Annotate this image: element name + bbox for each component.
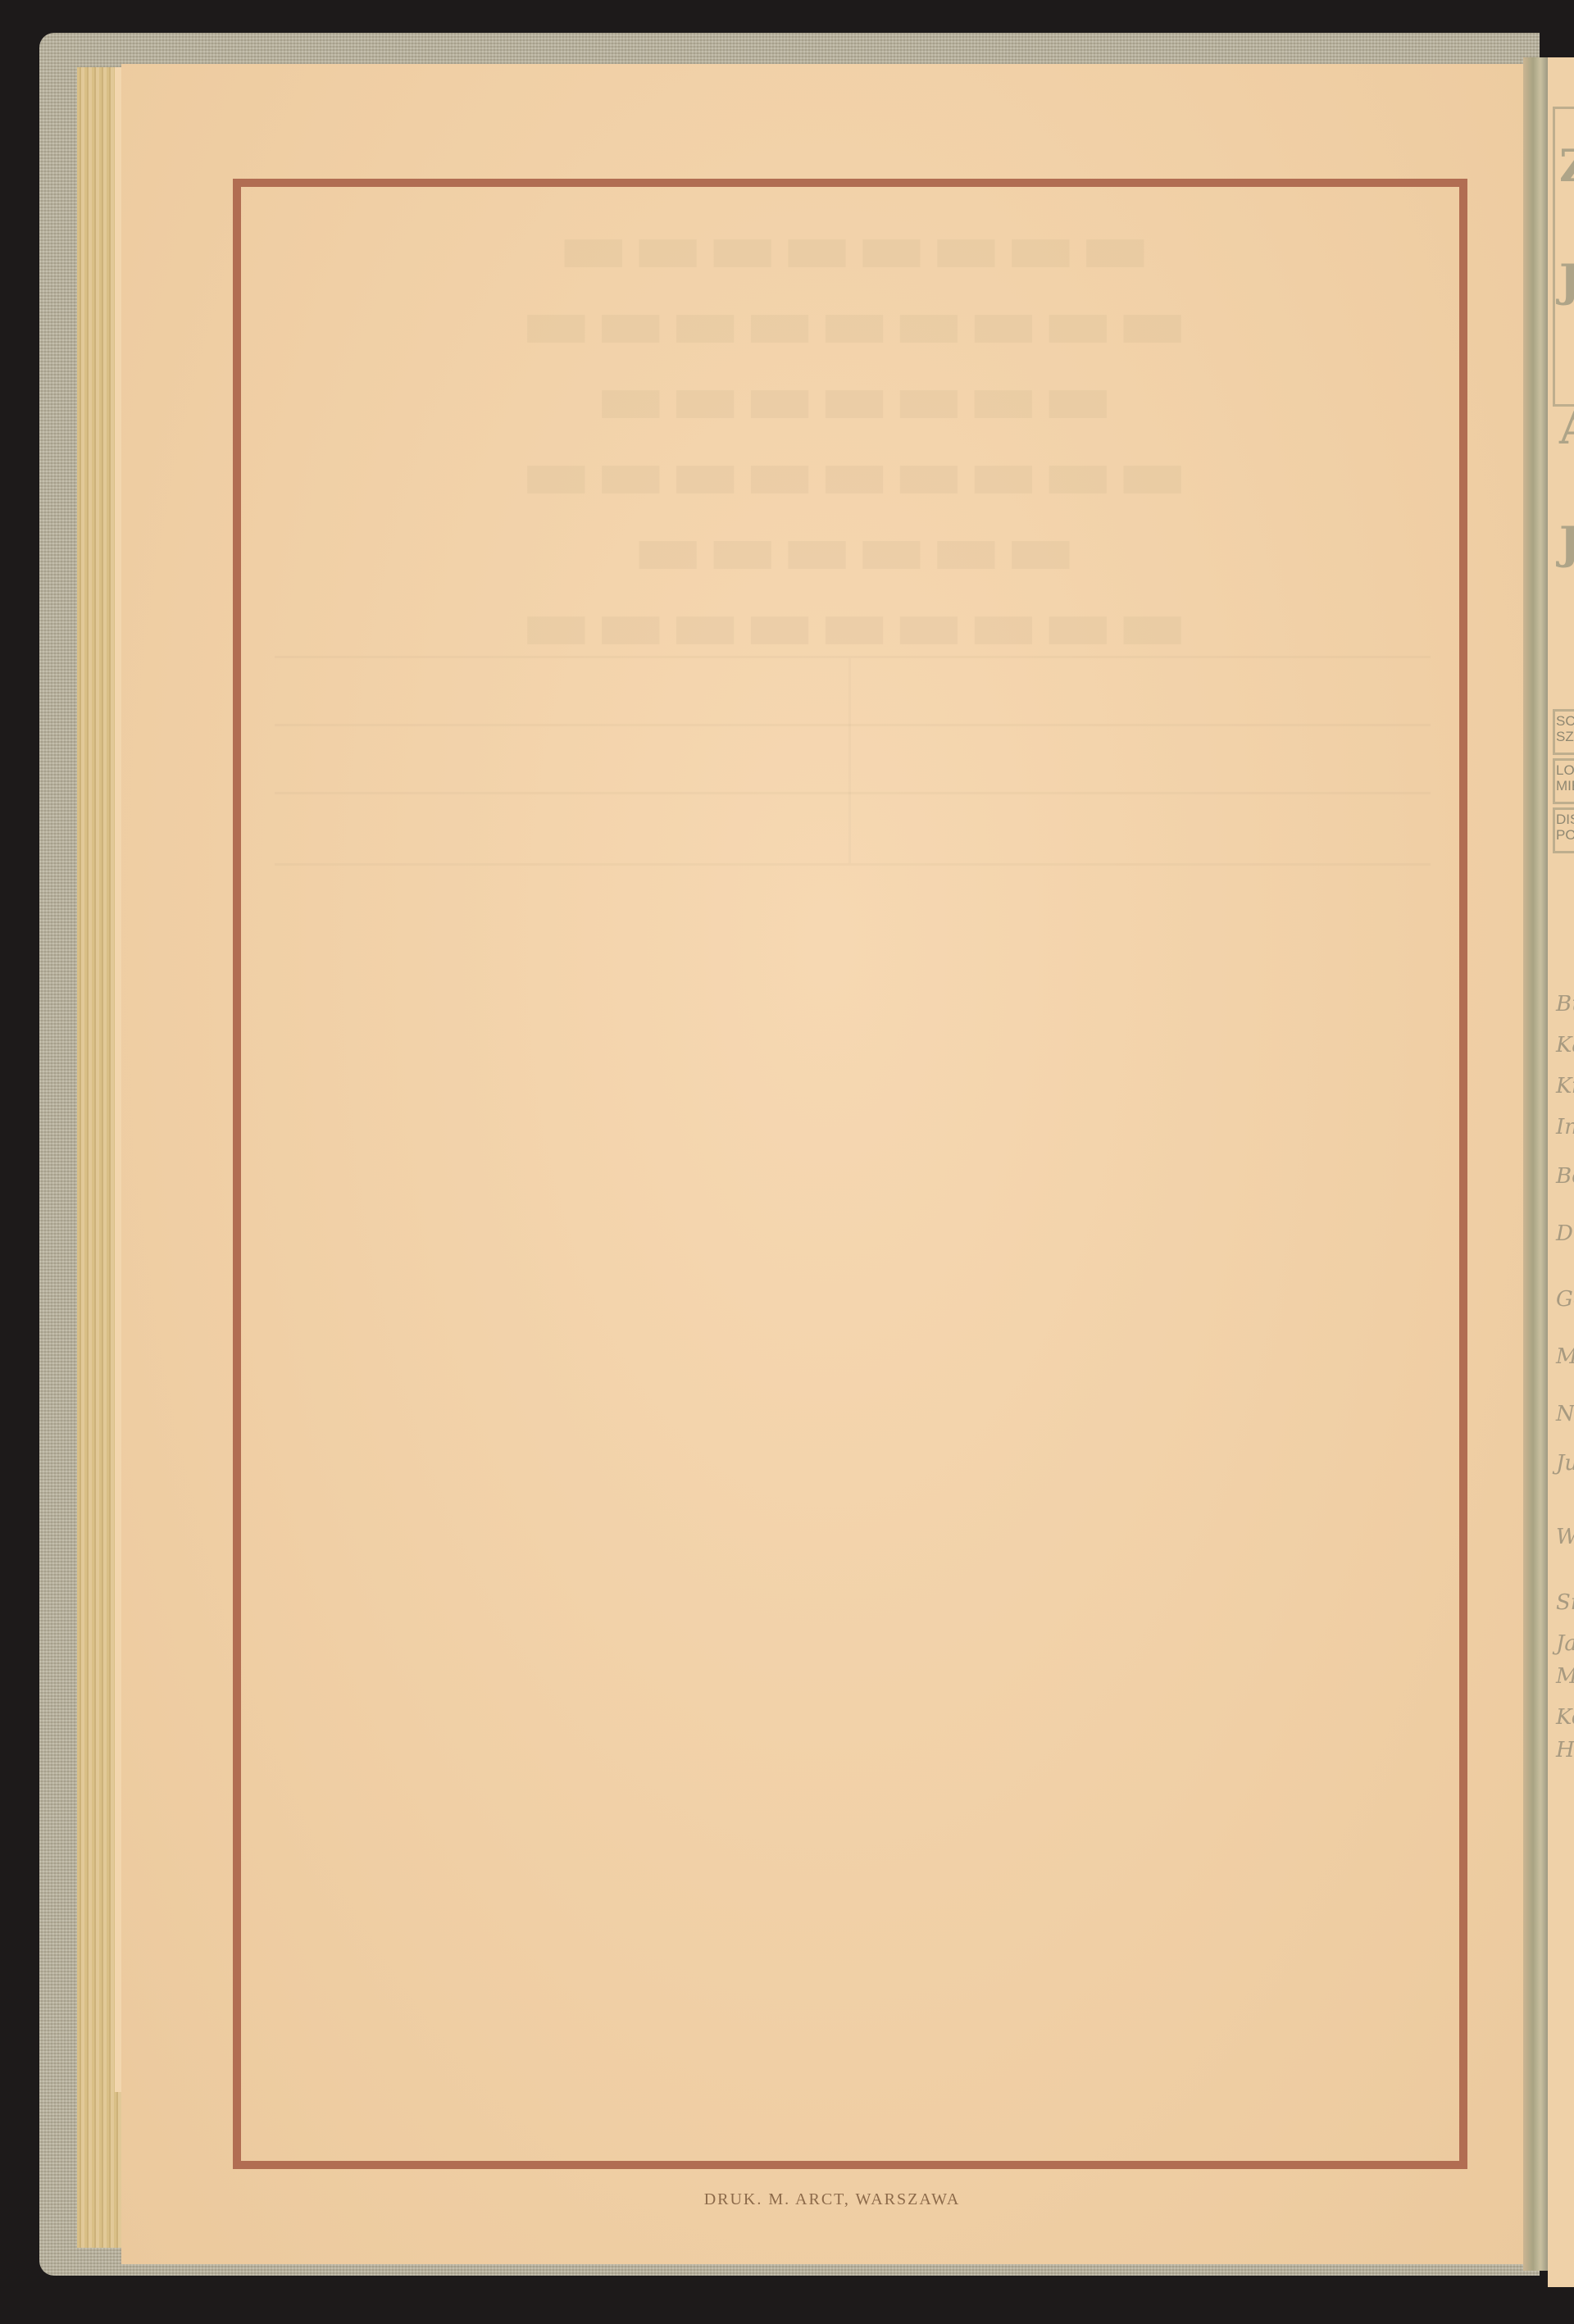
book-gutter — [1523, 57, 1548, 2271]
decorative-border-frame — [233, 179, 1467, 2169]
ornament-glyph: Z — [1559, 139, 1574, 192]
signature-fragment: Kin — [1556, 1074, 1574, 1098]
facing-label: LOC MIE — [1556, 762, 1574, 794]
ornament-glyph: A — [1559, 402, 1574, 454]
signature-fragment: Sm — [1556, 1590, 1574, 1615]
signature-fragment: Ha — [1556, 1738, 1574, 1762]
signature-fragment: Ka — [1556, 1033, 1574, 1057]
signature-fragment: Ing — [1556, 1115, 1574, 1139]
facing-page-fragment: Z J A J SCH SZK LOC MIE DIS PO Bu Ka Kin… — [1548, 57, 1574, 2287]
facing-label: SCH SZK — [1556, 713, 1574, 744]
page-edges — [77, 67, 121, 2248]
signature-fragment: N — [1556, 1402, 1574, 1426]
signature-fragment: Ju — [1556, 1451, 1574, 1476]
signature-fragment: W — [1556, 1525, 1574, 1549]
signature-fragment: Kon — [1556, 1705, 1574, 1730]
ornament-glyph: J — [1559, 516, 1574, 569]
signature-fragment: Jan — [1556, 1631, 1574, 1656]
signature-fragment: Gö — [1556, 1287, 1574, 1312]
signature-fragment: Bea — [1556, 1164, 1574, 1189]
printer-imprint: DRUK. M. ARCT, WARSZAWA — [0, 2190, 1574, 2209]
signature-fragment: Ma — [1556, 1344, 1574, 1369]
signature-fragment: D — [1556, 1221, 1573, 1246]
facing-label: DIS PO — [1556, 812, 1574, 843]
signature-fragment: Bu — [1556, 992, 1574, 1016]
signature-fragment: Mar — [1556, 1664, 1574, 1689]
ornament-glyph: J — [1559, 254, 1574, 307]
